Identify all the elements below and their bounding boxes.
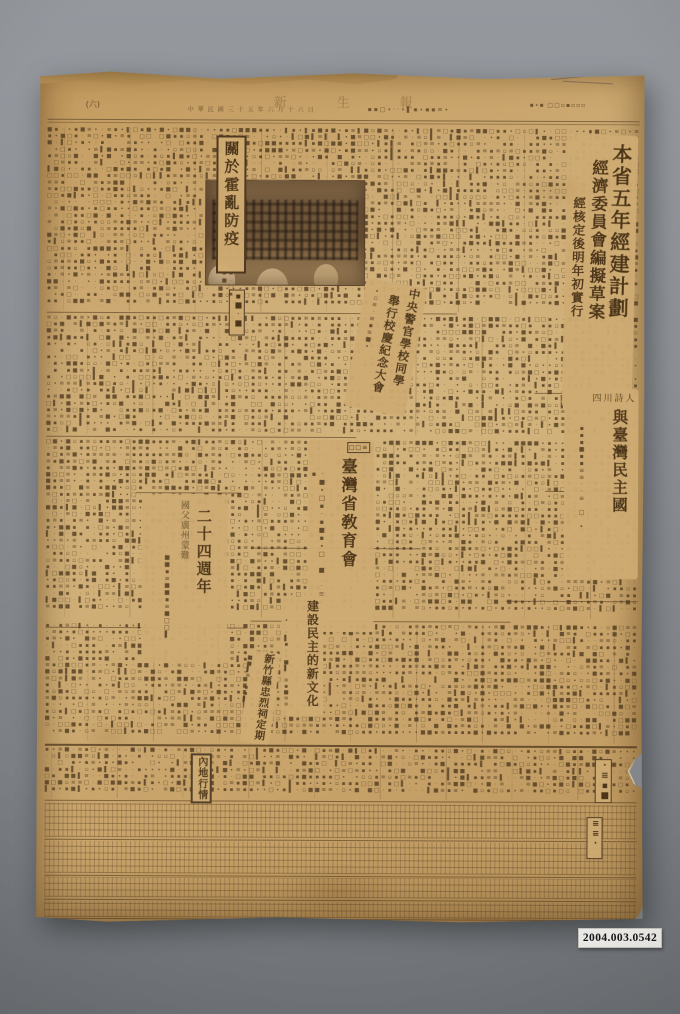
canton-headline-block: 國父廣州蒙難 二十四週年 ■■▪≡■■▪≡■□□▌	[141, 494, 228, 662]
main-headline-block: 本省五年經建計劃 經濟委員會編擬草案 經核定後明年初實行	[562, 134, 639, 408]
simulated-text-band: ∙∙ ≡□·∙∙·□▫▫▪▫∙∙▪·≡□▪≡ ■· ▪·■·▪∙■▌▪▫▪·□·…	[45, 747, 637, 801]
police-school-subline: ∙▫≡·≡▪≡■∙	[363, 287, 381, 350]
pencil-annotation	[549, 73, 619, 87]
hsinchu-shrine-subline: ■■▌≡ ▪▪▌	[241, 655, 253, 703]
mainland-market-label-box: 內地行情	[191, 753, 212, 803]
torn-top-edge	[38, 69, 400, 87]
simulated-text-band: ≡▪▪· ∙≡■□■∙□≡≡■□·≡□▪■▪▌▪∙■□▌∙□·■▪■□∙·∙·■…	[45, 623, 638, 744]
education-kicker-box: □□≡	[347, 442, 370, 453]
body-text-columns: ≡≡≡ ≡□□∙▪□≡≡□·■■ ▫▪■≡▪·▪ □■∙ ▪∙□■ □■■▪∙▪…	[38, 69, 647, 72]
main-headline-line2: 經濟委員會編擬草案	[583, 159, 611, 322]
sichuan-poet-kicker: 四川詩人	[592, 391, 636, 404]
simulated-text-band: ■▪▫▪▪ ·∙ ∙▪▪·∙≡·▌·▪≡▫∙▌□▪▌▪≡■▪ ∙ ▌▪∙■ ∙∙…	[46, 315, 639, 437]
catalog-number-label: 2004.003.0542	[578, 928, 662, 948]
canton-subline: ■■▪≡■■▪≡■□□▌	[163, 554, 170, 654]
newsprint-sheet: (六) 中華民國三十五年六月十六日 新生報 ▪▪□∙··∙▌▪∙▪▪≡∙ ▪∙▪…	[34, 69, 647, 928]
cholera-byline: ≡·□▪≡■	[222, 271, 234, 299]
column-label-box: ≡≡·	[586, 817, 602, 859]
democracy-culture-subtitle: ∙ ·▌▪··■▌ ≡▪■≡≡	[283, 618, 289, 713]
museum-photo-of-newspaper: { "artifact": { "catalog_number": "2004.…	[0, 0, 680, 1014]
section-rule	[46, 436, 356, 438]
market-table	[44, 901, 636, 920]
market-table	[44, 877, 636, 900]
canton-headline: 二十四週年	[194, 508, 215, 596]
education-headline: 臺灣省敎育會	[337, 458, 360, 569]
page-marker: (六)	[86, 99, 100, 110]
header-filler-text: ▪∙▪ □□▫▪▫▫▫	[530, 102, 638, 109]
header-rule	[48, 122, 640, 126]
main-headline-line3: 經核定後明年初實行	[567, 196, 588, 318]
democracy-culture-headline: 建設民主的新文化	[304, 600, 321, 708]
newspaper-page: (六) 中華民國三十五年六月十六日 新生報 ▪▪□∙··∙▌▪∙▪▪≡∙ ▪∙▪…	[34, 69, 647, 928]
sichuan-poet-headline-block: 四川詩人 與臺灣民主國 ▪▪▪■▪▪≡≡··≡ □ ∙	[564, 389, 639, 579]
democracy-culture-headline-block: 建設民主的新文化 ∙ ·▌▪··■▌ ≡▪■≡≡	[281, 598, 324, 716]
sichuan-poet-headline: 與臺灣民主國	[608, 409, 630, 514]
column-label-box: ·≡▪■	[595, 759, 612, 803]
sichuan-poet-subtitle: ▪▪▪■▪▪≡≡··≡ □ ∙	[578, 425, 586, 565]
header-filler-text: ▪▪□∙··∙▌▪∙▪▪≡∙	[368, 106, 538, 114]
canton-kicker: 國父廣州蒙難	[178, 500, 191, 560]
market-table	[44, 841, 636, 876]
market-table	[45, 803, 637, 840]
cholera-headline-box: 關於霍亂防疫	[216, 135, 247, 273]
